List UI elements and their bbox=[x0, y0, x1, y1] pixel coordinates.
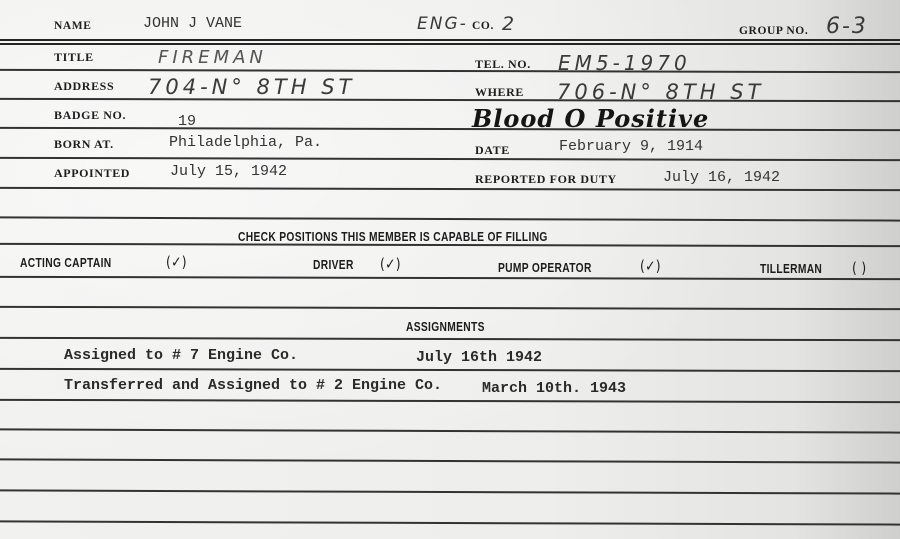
divider bbox=[0, 306, 900, 310]
tel-number-label: TEL. NO. bbox=[475, 57, 531, 72]
personnel-record-card: NAME JOHN J VANE ENG- CO. 2 GROUP NO. 6-… bbox=[0, 0, 900, 539]
group-value: 6-3 bbox=[826, 14, 868, 39]
assignment-entry-date: March 10th. 1943 bbox=[482, 380, 626, 397]
position-label: ACTING CAPTAIN bbox=[20, 256, 112, 270]
where-value: 706-N° 8TH ST bbox=[557, 80, 764, 104]
position-pump-operator: PUMP OPERATOR bbox=[498, 261, 592, 275]
company-label: CO. bbox=[472, 20, 494, 32]
born-at-label: BORN AT. bbox=[54, 137, 114, 152]
tel-number-value: EM5-1970 bbox=[558, 51, 691, 75]
divider bbox=[0, 127, 900, 131]
divider bbox=[0, 276, 900, 280]
assignment-entry-date: July 16th 1942 bbox=[416, 349, 542, 366]
divider bbox=[0, 520, 900, 525]
badge-number-value: 19 bbox=[178, 113, 196, 130]
divider bbox=[0, 458, 900, 463]
assignment-entry-text: Assigned to # 7 Engine Co. bbox=[64, 347, 298, 364]
born-at-value: Philadelphia, Pa. bbox=[169, 134, 322, 151]
reported-for-duty-label: REPORTED FOR DUTY bbox=[475, 172, 617, 187]
positions-heading: CHECK POSITIONS THIS MEMBER IS CAPABLE O… bbox=[238, 230, 548, 244]
divider bbox=[0, 489, 900, 494]
divider bbox=[0, 187, 900, 191]
position-tillerman: TILLERMAN bbox=[760, 262, 822, 276]
title-label: TITLE bbox=[54, 50, 94, 65]
name-label: NAME bbox=[54, 20, 92, 32]
birth-date-value: February 9, 1914 bbox=[559, 138, 703, 155]
position-label: PUMP OPERATOR bbox=[498, 261, 592, 275]
appointed-value: July 15, 1942 bbox=[170, 163, 287, 180]
divider bbox=[0, 157, 900, 161]
tillerman-checkbox[interactable]: ( ) bbox=[852, 259, 867, 277]
divider bbox=[0, 428, 900, 433]
divider bbox=[0, 43, 900, 45]
where-label: WHERE bbox=[475, 85, 524, 100]
address-value: 704-N° 8TH ST bbox=[148, 75, 355, 99]
name-value: JOHN J VANE bbox=[143, 15, 242, 32]
company-value: 2 bbox=[502, 13, 517, 35]
birth-date-label: DATE bbox=[475, 143, 510, 158]
divider bbox=[0, 368, 900, 372]
address-label: ADDRESS bbox=[54, 79, 114, 94]
divider bbox=[0, 399, 900, 403]
driver-checkbox[interactable]: (✓) bbox=[380, 255, 401, 273]
group-label: GROUP NO. bbox=[739, 25, 808, 37]
position-acting-captain: ACTING CAPTAIN bbox=[20, 256, 112, 270]
divider bbox=[0, 337, 900, 341]
badge-number-label: BADGE NO. bbox=[54, 108, 126, 123]
position-label: TILLERMAN bbox=[760, 262, 822, 276]
blood-type-note: Blood O Positive bbox=[472, 104, 709, 133]
divider bbox=[0, 98, 900, 102]
title-value: FIREMAN bbox=[158, 47, 267, 68]
divider bbox=[0, 69, 900, 73]
position-driver: DRIVER bbox=[313, 258, 354, 272]
company-handwritten-prefix: ENG- bbox=[417, 14, 468, 34]
acting-captain-checkbox[interactable]: (✓) bbox=[166, 253, 187, 271]
position-label: DRIVER bbox=[313, 258, 354, 272]
reported-for-duty-value: July 16, 1942 bbox=[663, 169, 780, 186]
assignments-heading: ASSIGNMENTS bbox=[406, 320, 485, 334]
divider bbox=[0, 216, 900, 221]
divider bbox=[0, 39, 900, 41]
assignment-entry-text: Transferred and Assigned to # 2 Engine C… bbox=[64, 377, 442, 394]
appointed-label: APPOINTED bbox=[54, 166, 130, 181]
pump-operator-checkbox[interactable]: (✓) bbox=[640, 257, 661, 275]
